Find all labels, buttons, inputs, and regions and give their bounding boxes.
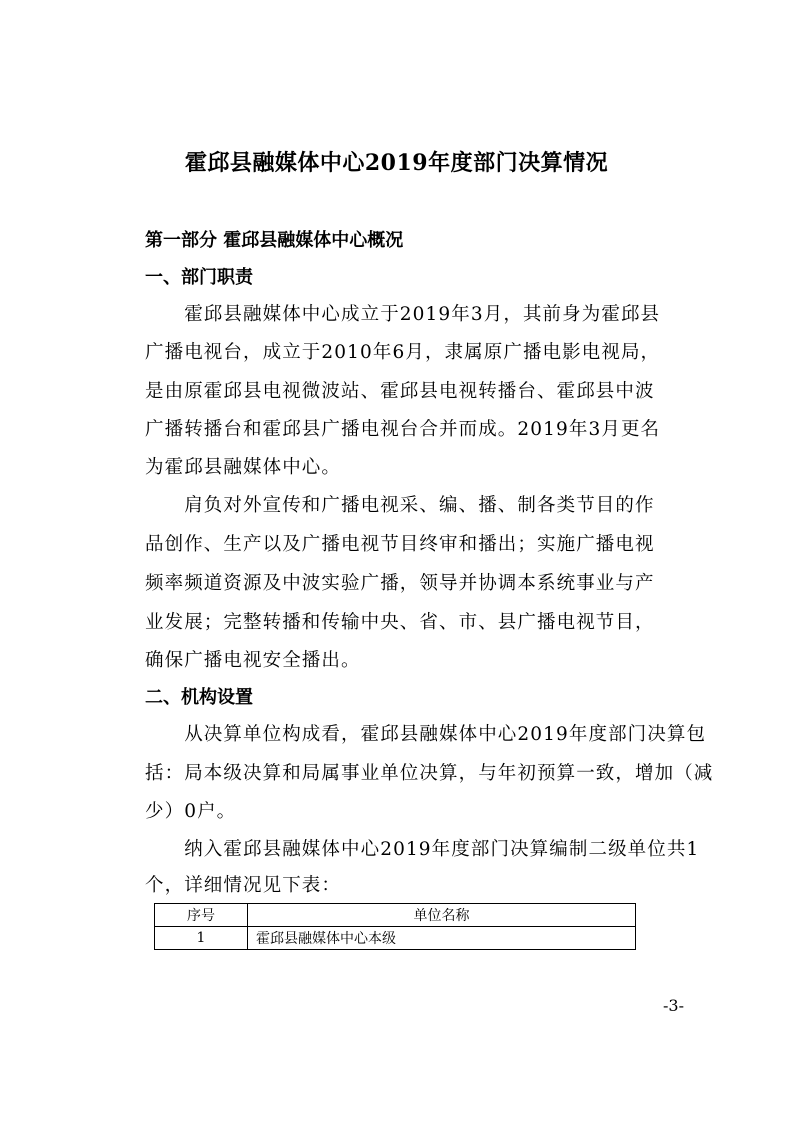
paragraph-line: 确保广播电视安全播出。 [145, 649, 361, 673]
paragraph-line: 频率频道资源及中波实验广播，领导并协调本系统事业与产 [145, 572, 655, 596]
paragraph-line: 是由原霍邱县电视微波站、霍邱县电视转播台、霍邱县中波 [145, 380, 655, 404]
paragraph-line: 括：局本级决算和局属事业单位决算，与年初预算一致，增加（减 [145, 762, 713, 786]
table-header-row: 序号 单位名称 [155, 904, 636, 927]
paragraph-line: 为霍邱县融媒体中心。 [145, 456, 341, 480]
table-row: 1 霍邱县融媒体中心本级 [155, 927, 636, 950]
part-heading: 第一部分 霍邱县融媒体中心概况 [145, 229, 403, 253]
paragraph-line: 个，详细情况见下表： [145, 874, 341, 898]
page-number: -3- [663, 996, 684, 1015]
section-heading-duties: 一、部门职责 [145, 266, 253, 290]
paragraph-line: 少）0户。 [145, 800, 236, 824]
paragraph-line: 广播电视台，成立于2010年6月，隶属原广播电影电视局， [145, 341, 660, 365]
paragraph-line: 肩负对外宣传和广播电视采、编、播、制各类节目的作 [145, 494, 655, 518]
units-table: 序号 单位名称 1 霍邱县融媒体中心本级 [154, 903, 636, 950]
cell-unit-name: 霍邱县融媒体中心本级 [248, 927, 636, 950]
header-index: 序号 [155, 904, 248, 927]
section-heading-organization: 二、机构设置 [145, 686, 253, 710]
cell-index: 1 [155, 927, 248, 950]
paragraph-line: 霍邱县融媒体中心成立于2019年3月，其前身为霍邱县 [145, 303, 660, 327]
header-unit-name: 单位名称 [248, 904, 636, 927]
page-title: 霍邱县融媒体中心2019年度部门决算情况 [0, 146, 793, 177]
paragraph-line: 纳入霍邱县融媒体中心2019年度部门决算编制二级单位共1 [145, 838, 699, 862]
paragraph-line: 广播转播台和霍邱县广播电视台合并而成。2019年3月更名 [145, 418, 660, 442]
paragraph-line: 品创作、生产以及广播电视节目终审和播出；实施广播电视 [145, 533, 655, 557]
paragraph-line: 从决算单位构成看，霍邱县融媒体中心2019年度部门决算包 [145, 723, 706, 747]
paragraph-line: 业发展；完整转播和传输中央、省、市、县广播电视节目， [145, 611, 655, 635]
